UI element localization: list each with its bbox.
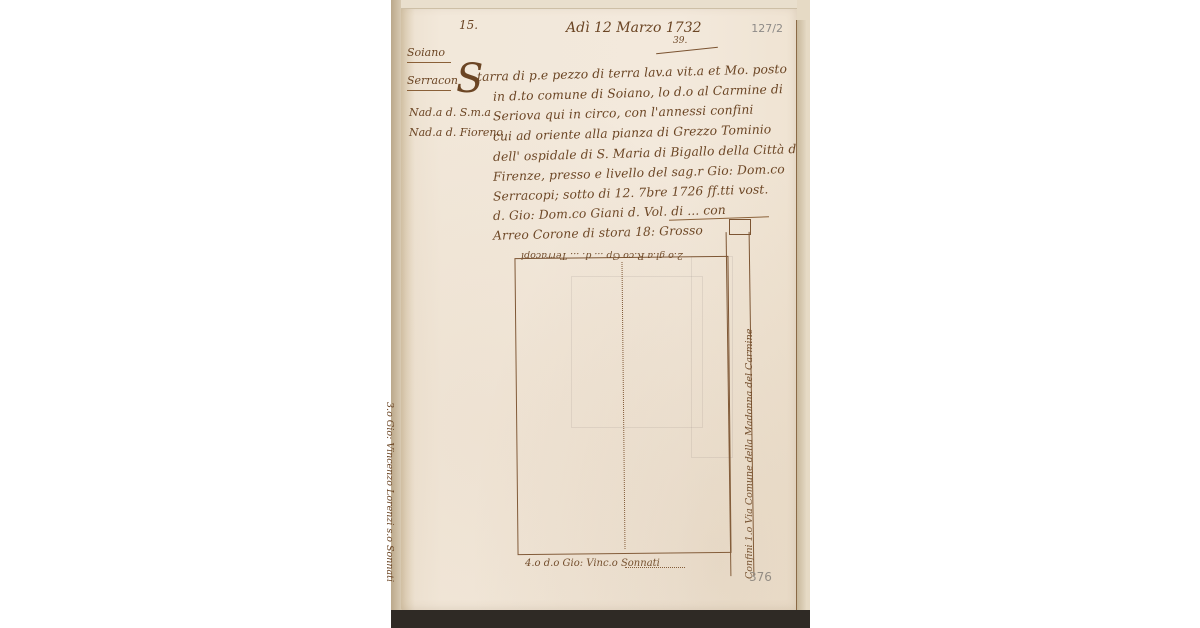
page-stamp-number: 376 [749, 570, 772, 584]
plot-label-north: 2.o gl.a R.co Gp ... d. ... Terracopi [521, 250, 683, 261]
plot-divider-dotted [621, 262, 625, 549]
land-plot-diagram [514, 256, 731, 555]
manuscript-page: 15. Adì 12 Marzo 1732 39. 127/2 Soiano S… [401, 6, 797, 610]
plot-label-west: 3.o Gio: Vincenzo Lorenzi s.o Sonnati [384, 402, 395, 582]
margin-rule [407, 90, 451, 91]
body-line-3: Seriova qui in circo, con l'annessi conf… [493, 103, 754, 124]
image-viewer: 15. Adì 12 Marzo 1732 39. 127/2 Soiano S… [0, 0, 1200, 628]
body-line-2: in d.to comune di Soiano, lo d.o al Carm… [493, 82, 783, 104]
plot-label-east: Confini 1.o Via Comune della Madonna del… [744, 329, 755, 579]
date-underline [656, 47, 718, 54]
scan-bottom-background [391, 610, 810, 628]
top-page-edge [401, 0, 797, 9]
dotted-leader [625, 567, 685, 568]
archive-reference: 127/2 [751, 22, 783, 35]
date-subscript: 39. [673, 36, 687, 46]
body-line-6: Firenze, presso e livello del sag.r Gio:… [493, 162, 785, 184]
margin-note-location: Soiano [407, 46, 445, 59]
margin-note-church-2: Nad.a d. Fioreno [409, 126, 503, 139]
date-heading: Adì 12 Marzo 1732 [566, 20, 702, 36]
body-line-5: dell' ospidale di S. Maria di Bigallo de… [493, 142, 801, 164]
body-line-9: Arreo Corone di stora 18: Grosso [493, 223, 703, 242]
folio-number: 15. [459, 18, 478, 32]
body-line-7: Serracopi; sotto di 12. 7bre 1726 ff.tti… [493, 182, 769, 203]
body-line-4: cui ad oriente alla pianza di Grezzo Tom… [493, 122, 772, 143]
manuscript-scan: 15. Adì 12 Marzo 1732 39. 127/2 Soiano S… [391, 0, 810, 628]
margin-rule [407, 62, 451, 63]
body-line-8: d. Gio: Dom.co Giani d. Vol. di ... con [493, 203, 726, 223]
margin-note-church-1: Nad.a d. S.m.a [409, 106, 491, 119]
right-page-edge [796, 20, 806, 610]
margin-note-owner: Serracon [407, 74, 458, 87]
body-line-1: tarra di p.e pezzo di terra lav.a vit.a … [477, 62, 787, 84]
